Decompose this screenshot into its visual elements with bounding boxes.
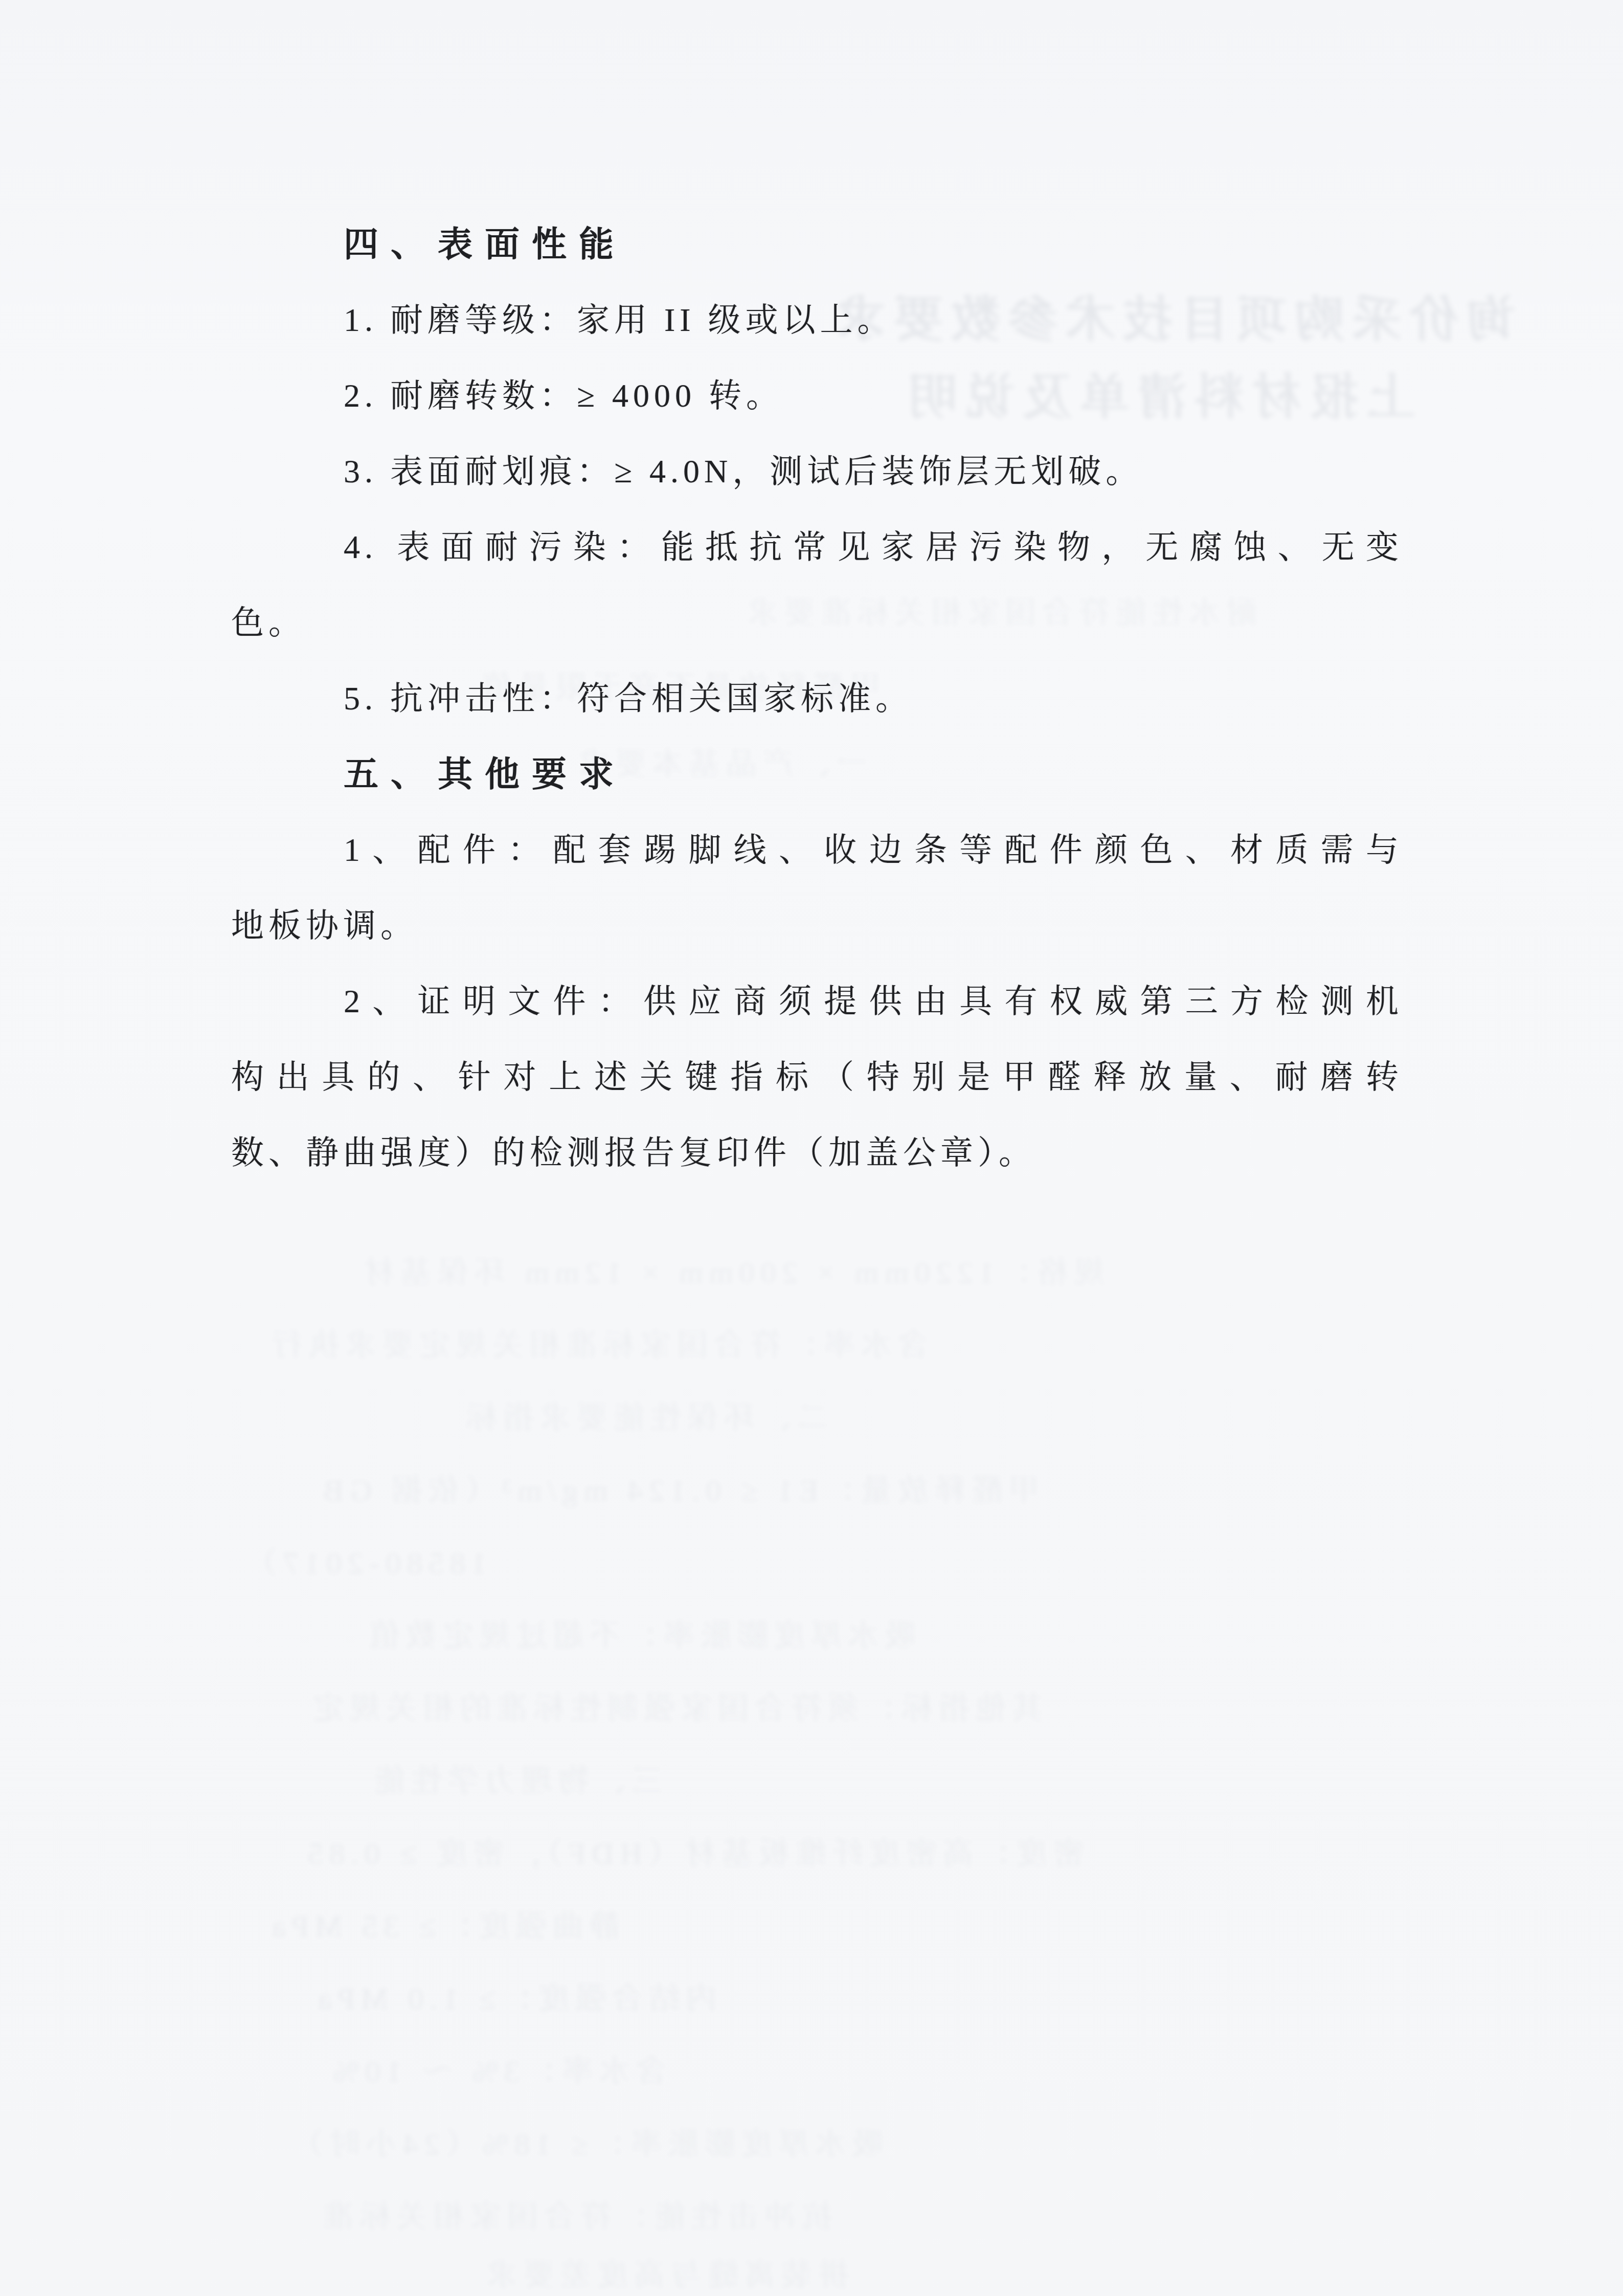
bleed-through-line: 含水率：符合国家标准相关规定要求执行 <box>266 1321 929 1365</box>
bleed-through-line: 吸水厚度膨胀率：不超过规定数值 <box>363 1611 915 1655</box>
section5-heading: 五、其他要求 <box>231 737 1403 812</box>
bleed-through-line: 密度：高密度纤维板基材（HDF），密度 ≥ 0.85 <box>302 1829 1084 1873</box>
section4-heading: 四、表面性能 <box>231 207 1403 282</box>
bleed-through-line: 抗冲击性能：符合国家相关标准 <box>317 2192 832 2236</box>
bleed-through-line: 吸水厚度膨胀率：≤ 18%（24小时） <box>286 2120 883 2164</box>
other-item-accessories-line2: 地板协调。 <box>231 888 1403 964</box>
spec-item-wear-cycles: 2. 耐磨转数：≥ 4000 转。 <box>231 358 1403 434</box>
bleed-through-line: 规格：1220mm × 200mm × 12mm 环保基材 <box>358 1248 1105 1292</box>
scanned-document-page: 询价采购项目技术参数要求 上报材料清单及说明 耐水性能符合国家相关标准要求 甲醛… <box>0 0 1623 2296</box>
other-item-certificates-line1: 2、证明文件：供应商须提供由具有权威第三方检测机 <box>231 964 1403 1039</box>
bleed-through-line: 静曲强度：≥ 35 MPa <box>266 1902 620 1946</box>
spec-item-wear-grade: 1. 耐磨等级：家用 II 级或以上。 <box>231 282 1403 358</box>
bleed-through-line: 拼装离缝与高度差要求 <box>481 2250 849 2294</box>
bleed-through-line: 内结合强度：≥ 1.0 MPa <box>312 1974 716 2018</box>
document-body: 四、表面性能 1. 耐磨等级：家用 II 级或以上。 2. 耐磨转数：≥ 400… <box>231 207 1403 1191</box>
other-item-certificates-line2: 构出具的、针对上述关键指标（特别是甲醛释放量、耐磨转 <box>231 1039 1403 1115</box>
other-item-certificates-line3: 数、静曲强度）的检测报告复印件（加盖公章）。 <box>231 1115 1403 1191</box>
bleed-through-line: 含水率：3% ～ 10% <box>327 2047 667 2091</box>
bleed-through-line: 18580-2017） <box>240 1539 487 1582</box>
spec-item-impact: 5. 抗冲击性：符合相关国家标准。 <box>231 661 1403 737</box>
bleed-through-line: 其他指标：须符合国家强制性标准的相关规定 <box>307 1684 1043 1728</box>
spec-item-stain-line2: 色。 <box>231 585 1403 661</box>
bleed-through-line: 二、环保性能要求指标 <box>460 1393 828 1437</box>
spec-item-stain-line1: 4. 表面耐污染：能抵抗常见家居污染物，无腐蚀、无变 <box>231 509 1403 585</box>
bleed-through-line: 三、物理力学性能 <box>368 1756 663 1800</box>
other-item-accessories-line1: 1、配件：配套踢脚线、收边条等配件颜色、材质需与 <box>231 812 1403 888</box>
bleed-through-line: 甲醛释放量：E1 ≤ 0.124 mg/m³（依据 GB <box>317 1466 1039 1510</box>
spec-item-scratch: 3. 表面耐划痕：≥ 4.0N，测试后装饰层无划破。 <box>231 434 1403 509</box>
